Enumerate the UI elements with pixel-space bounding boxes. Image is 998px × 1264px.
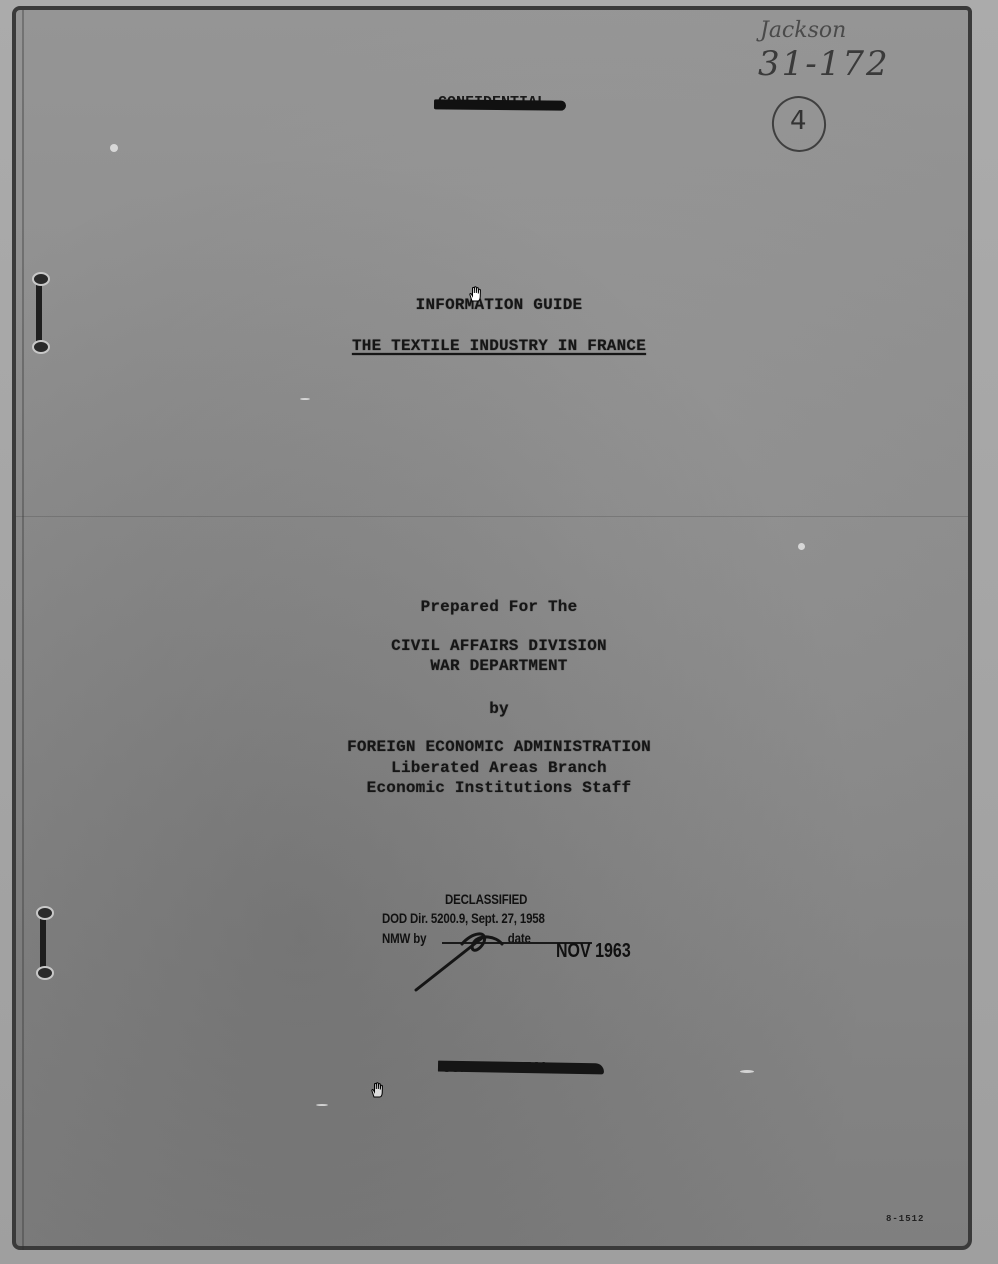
by-label: by [0, 700, 998, 718]
hand-cursor-icon [370, 1082, 384, 1098]
classification-mark-bottom: CONFIDENTIAL [442, 1060, 550, 1077]
prepared-by-line-1: FOREIGN ECONOMIC ADMINISTRATION [0, 738, 998, 756]
prepared-for-line-1: CIVIL AFFAIRS DIVISION [0, 637, 998, 655]
handwritten-file-number: 31-172 [758, 44, 890, 84]
paper-fastener-bottom [40, 912, 46, 974]
dust-speck [798, 543, 805, 550]
stamp-date-value: NOV 1963 [556, 940, 631, 963]
prepared-by-line-2: Liberated Areas Branch [0, 759, 998, 777]
classification-mark-top: CONFIDENTIAL [438, 94, 546, 111]
declassified-stamp-title: DECLASSIFIED [445, 891, 527, 907]
hand-cursor-icon [468, 286, 482, 302]
document-heading: INFORMATION GUIDE [0, 296, 998, 314]
dust-speck [300, 398, 310, 400]
signature-scribble [412, 924, 512, 994]
dust-speck [740, 1070, 754, 1073]
prepared-for-line-2: WAR DEPARTMENT [0, 657, 998, 675]
form-number: 8-1512 [886, 1214, 924, 1224]
circled-number-text: 4 [773, 106, 823, 136]
binder-edge [22, 10, 24, 1250]
strikeout-bar-top [434, 99, 566, 110]
dust-speck [316, 1104, 328, 1106]
dust-speck [110, 144, 118, 152]
handwritten-name: Jackson [760, 18, 846, 43]
prepared-for-label: Prepared For The [0, 598, 998, 616]
prepared-by-line-3: Economic Institutions Staff [0, 779, 998, 797]
document-title: THE TEXTILE INDUSTRY IN FRANCE [0, 337, 998, 355]
